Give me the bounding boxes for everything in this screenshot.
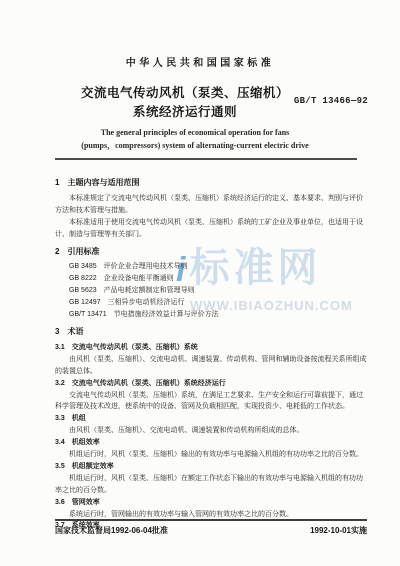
document-title-line2: 系统经济运行通则 bbox=[60, 103, 310, 122]
reference-item: GB 5623 产品电耗定额制定和管理导则 bbox=[55, 285, 367, 297]
reference-list: GB 3485 评价企业合理用电技术导则 GB 8222 企业设备电能平衡通则 … bbox=[55, 261, 367, 321]
term-label: 3.6 管网效率 bbox=[55, 497, 367, 509]
footer: 国家技术监督局1992-06-04批准 1992-10-01实施 bbox=[55, 525, 367, 536]
section-references: 2 引用标准 GB 3485 评价企业合理用电技术导则 GB 8222 企业设备… bbox=[55, 246, 367, 321]
term-label: 3.4 机组效率 bbox=[55, 437, 367, 449]
document-title-block: 交流电气传动风机（泵类、压缩机） 系统经济运行通则 bbox=[60, 84, 310, 122]
section-references-heading: 2 引用标准 bbox=[55, 246, 367, 258]
footer-implementation: 1992-10-01实施 bbox=[310, 525, 367, 536]
term-definition: 机组运行时，风机（泵类、压缩机）输出的有效功率与电源输入机组的有功功率之比的百分… bbox=[55, 449, 367, 461]
section-terms-heading: 3 术语 bbox=[55, 326, 367, 338]
section-scope-paragraph: 本标准适用于使用交流电气传动风机（泵类、压缩机）系统的工矿企业及事业单位，也适用… bbox=[55, 217, 367, 241]
term-definition: 系统运行时，管网输出的有效功率与输入管网的有效功率之比的百分数。 bbox=[55, 509, 367, 521]
document-body: 1 主题内容与适用范围 本标准规定了交流电气传动风机（泵类、压缩机）系统经济运行… bbox=[55, 172, 367, 532]
document-title-english-line1: The general principles of economical ope… bbox=[30, 126, 360, 139]
reference-item: GB/T 13471 节电措施经济效益计算与评价方法 bbox=[55, 309, 367, 321]
section-scope-heading: 1 主题内容与适用范围 bbox=[55, 177, 367, 189]
reference-item: GB 3485 评价企业合理用电技术导则 bbox=[55, 261, 367, 273]
reference-item: GB 8222 企业设备电能平衡通则 bbox=[55, 273, 367, 285]
document-title-english: The general principles of economical ope… bbox=[30, 126, 360, 152]
term-definition: 机组运行时，风机（泵类、压缩机）在额定工作状态下输出的有效功率与电源输入机组的有… bbox=[55, 473, 367, 497]
standard-header-label: 中华人民共和国国家标准 bbox=[0, 54, 400, 69]
footer-approval: 国家技术监督局1992-06-04批准 bbox=[55, 525, 168, 536]
term-label: 3.2 交流电气传动风机（泵类、压缩机）系统经济运行 bbox=[55, 378, 367, 390]
section-scope-paragraph: 本标准规定了交流电气传动风机（泵类、压缩机）系统经济运行的定义、基本要求、判别与… bbox=[55, 193, 367, 217]
term-label: 3.1 交流电气传动风机（泵类、压缩机）系统 bbox=[55, 342, 367, 354]
reference-item: GB 12497 三相异步电动机经济运行 bbox=[55, 297, 367, 309]
term-definition: 由风机（泵类、压缩机）、交流电动机、调速装置、传动机构、管网和辅助设备按流程关系… bbox=[55, 354, 367, 378]
document-title-english-line2: (pumps，compressors) system of alternatin… bbox=[30, 139, 360, 152]
term-definition: 由风机（泵类、压缩机）、交流电动机、调速装置和传动机构所组成的总体。 bbox=[55, 425, 367, 437]
section-terms: 3 术语 3.1 交流电气传动风机（泵类、压缩机）系统 由风机（泵类、压缩机）、… bbox=[55, 326, 367, 532]
term-label: 3.5 机组额定效率 bbox=[55, 461, 367, 473]
section-scope: 1 主题内容与适用范围 本标准规定了交流电气传动风机（泵类、压缩机）系统经济运行… bbox=[55, 177, 367, 241]
term-definition: 交流电气传动风机（泵类、压缩机）系统，在满足工艺要求、生产安全和运行可靠前提下，… bbox=[55, 390, 367, 414]
term-label: 3.3 机组 bbox=[55, 413, 367, 425]
standard-number: GB/T 13466—92 bbox=[294, 96, 368, 106]
document-page: 中华人民共和国国家标准 交流电气传动风机（泵类、压缩机） 系统经济运行通则 GB… bbox=[0, 0, 400, 566]
header-divider bbox=[55, 158, 357, 160]
document-title-line1: 交流电气传动风机（泵类、压缩机） bbox=[60, 84, 310, 103]
